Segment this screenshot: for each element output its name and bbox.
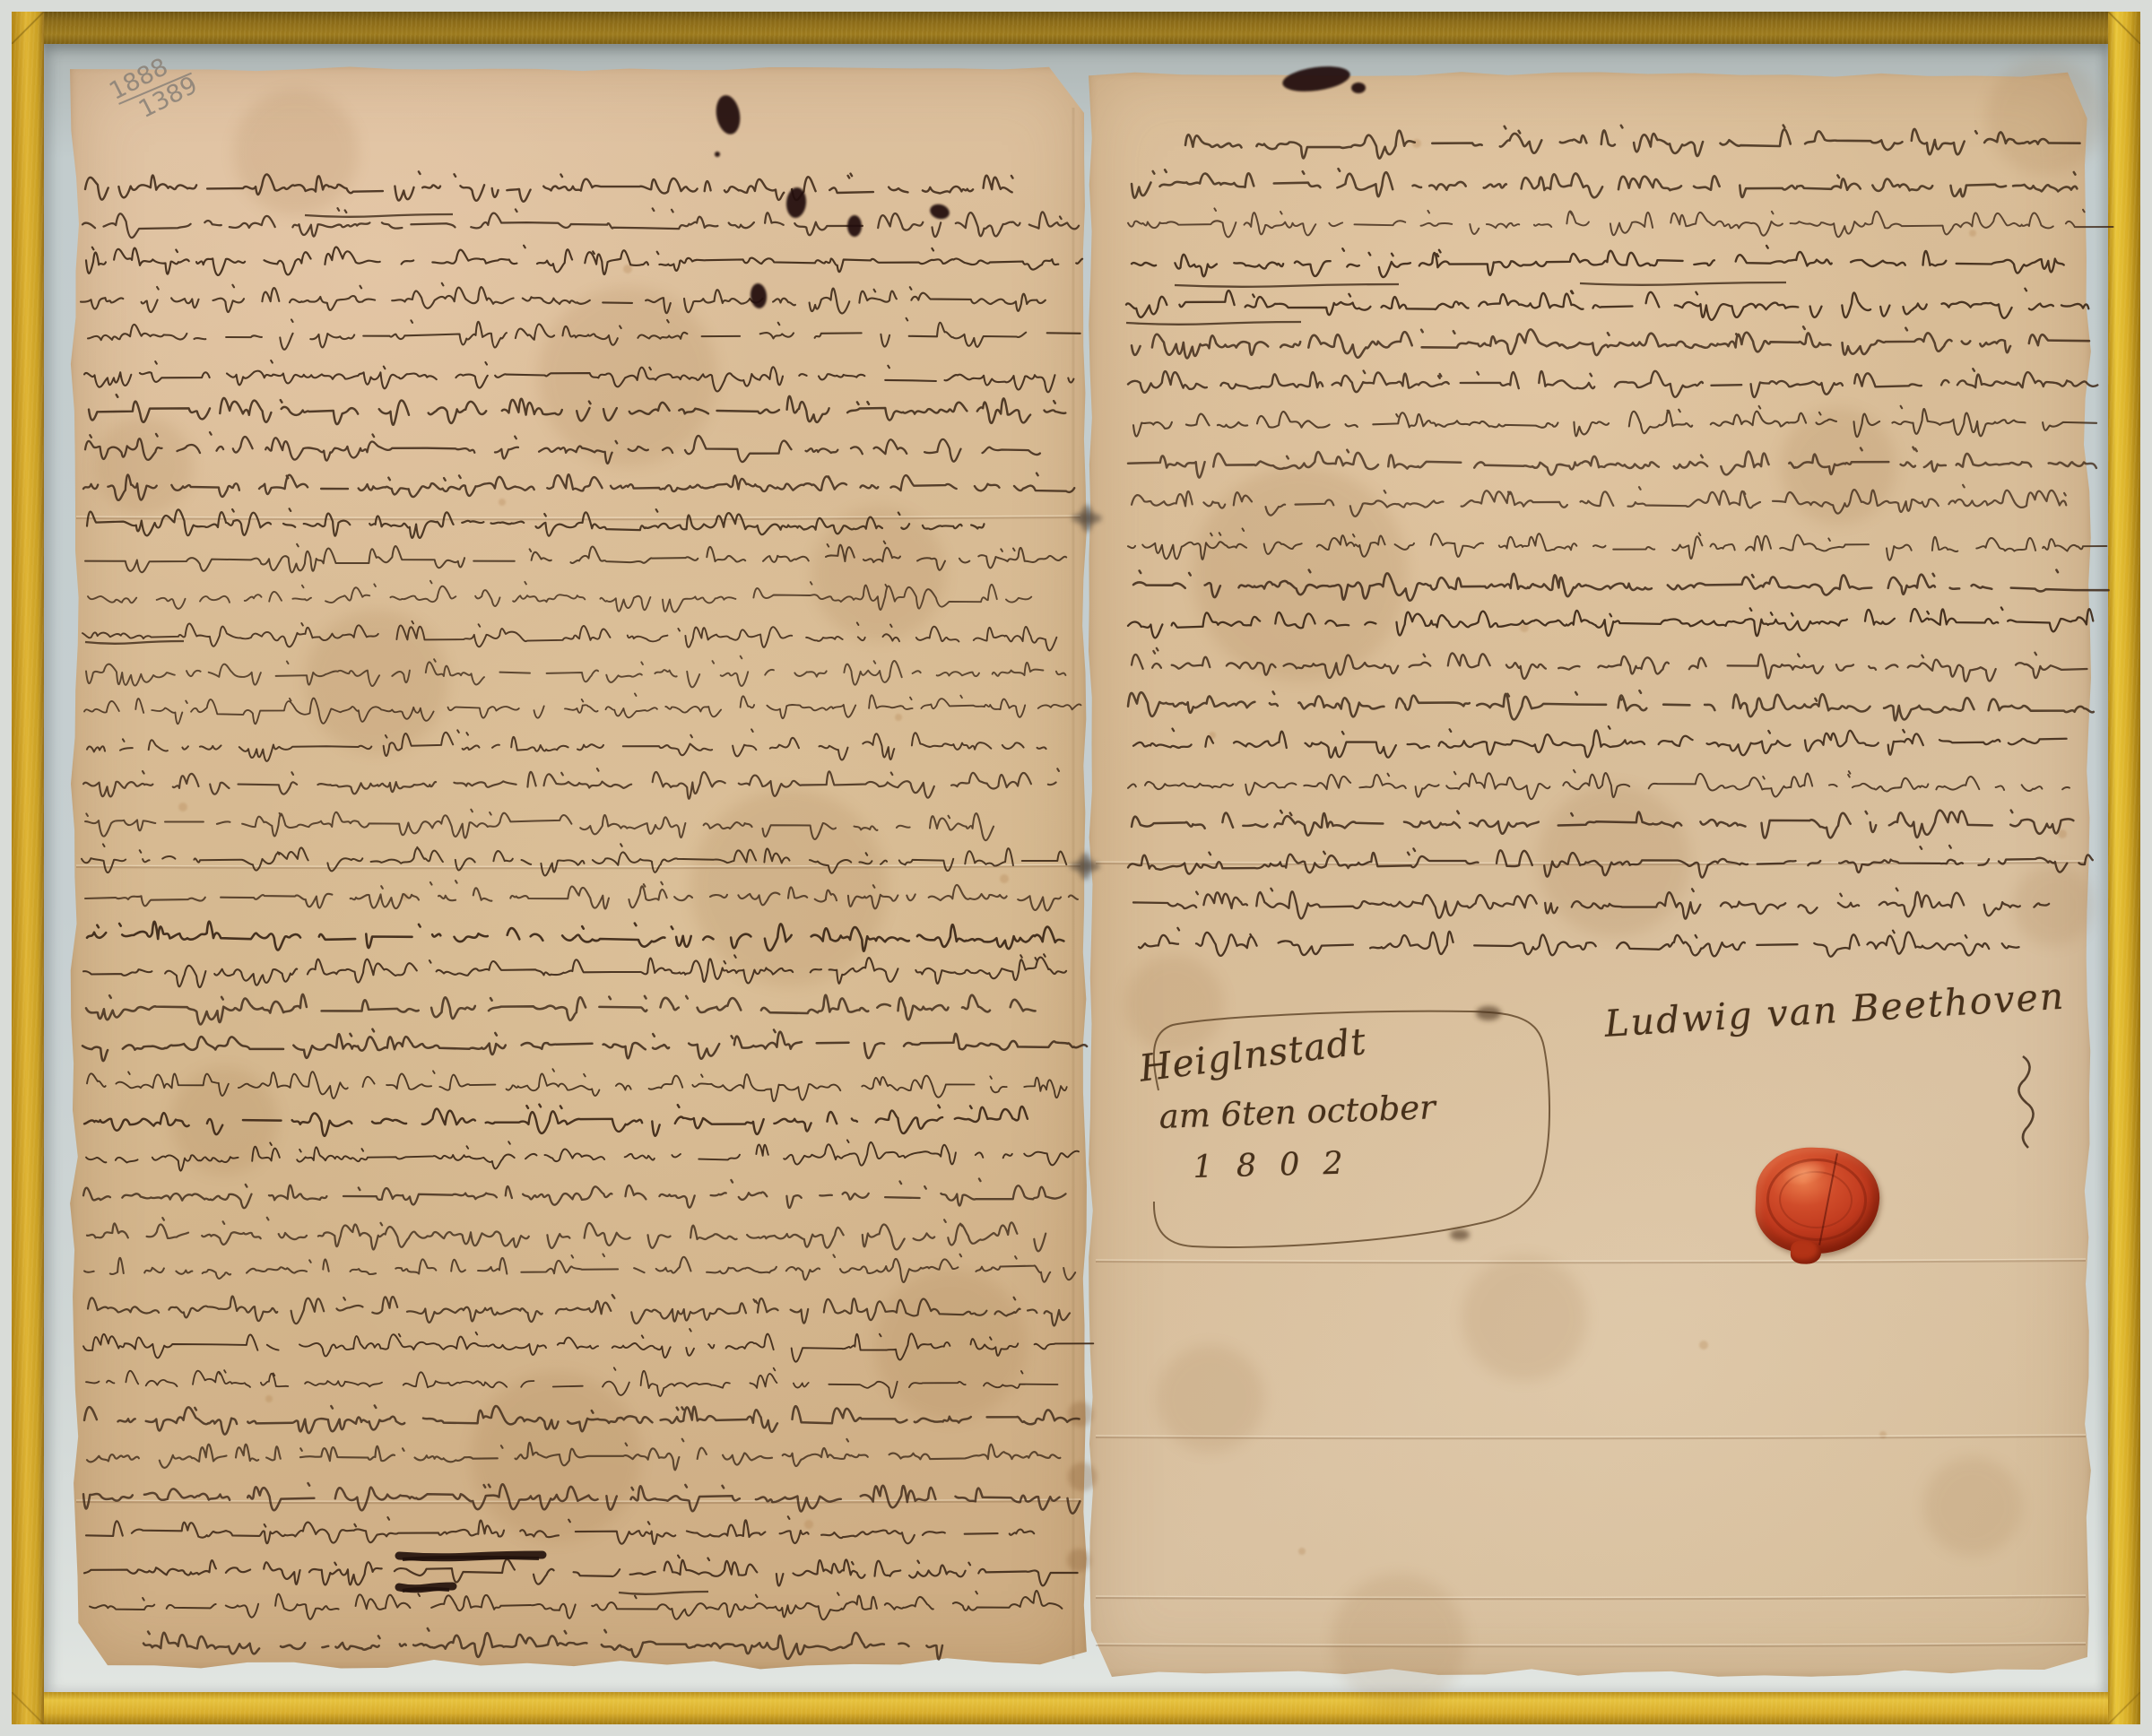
framed-letter-photo: 1888 1389 Heiglnstadt am 6ten october 18… [0,0,2152,1736]
frame-miter-bottom-right [2108,1692,2140,1724]
frame-miter-top-left [12,12,44,44]
gilded-frame-left [12,12,44,1724]
letter-page-right [1089,72,2091,1677]
dateline-year: 1802 [1193,1145,1367,1185]
letter-page-left [70,66,1087,1670]
frame-miter-bottom-left [12,1692,44,1724]
gilded-frame-top [12,12,2140,44]
gilded-frame-bottom [12,1692,2140,1724]
frame-miter-top-right [2108,12,2140,44]
gilded-frame-right [2108,12,2140,1724]
